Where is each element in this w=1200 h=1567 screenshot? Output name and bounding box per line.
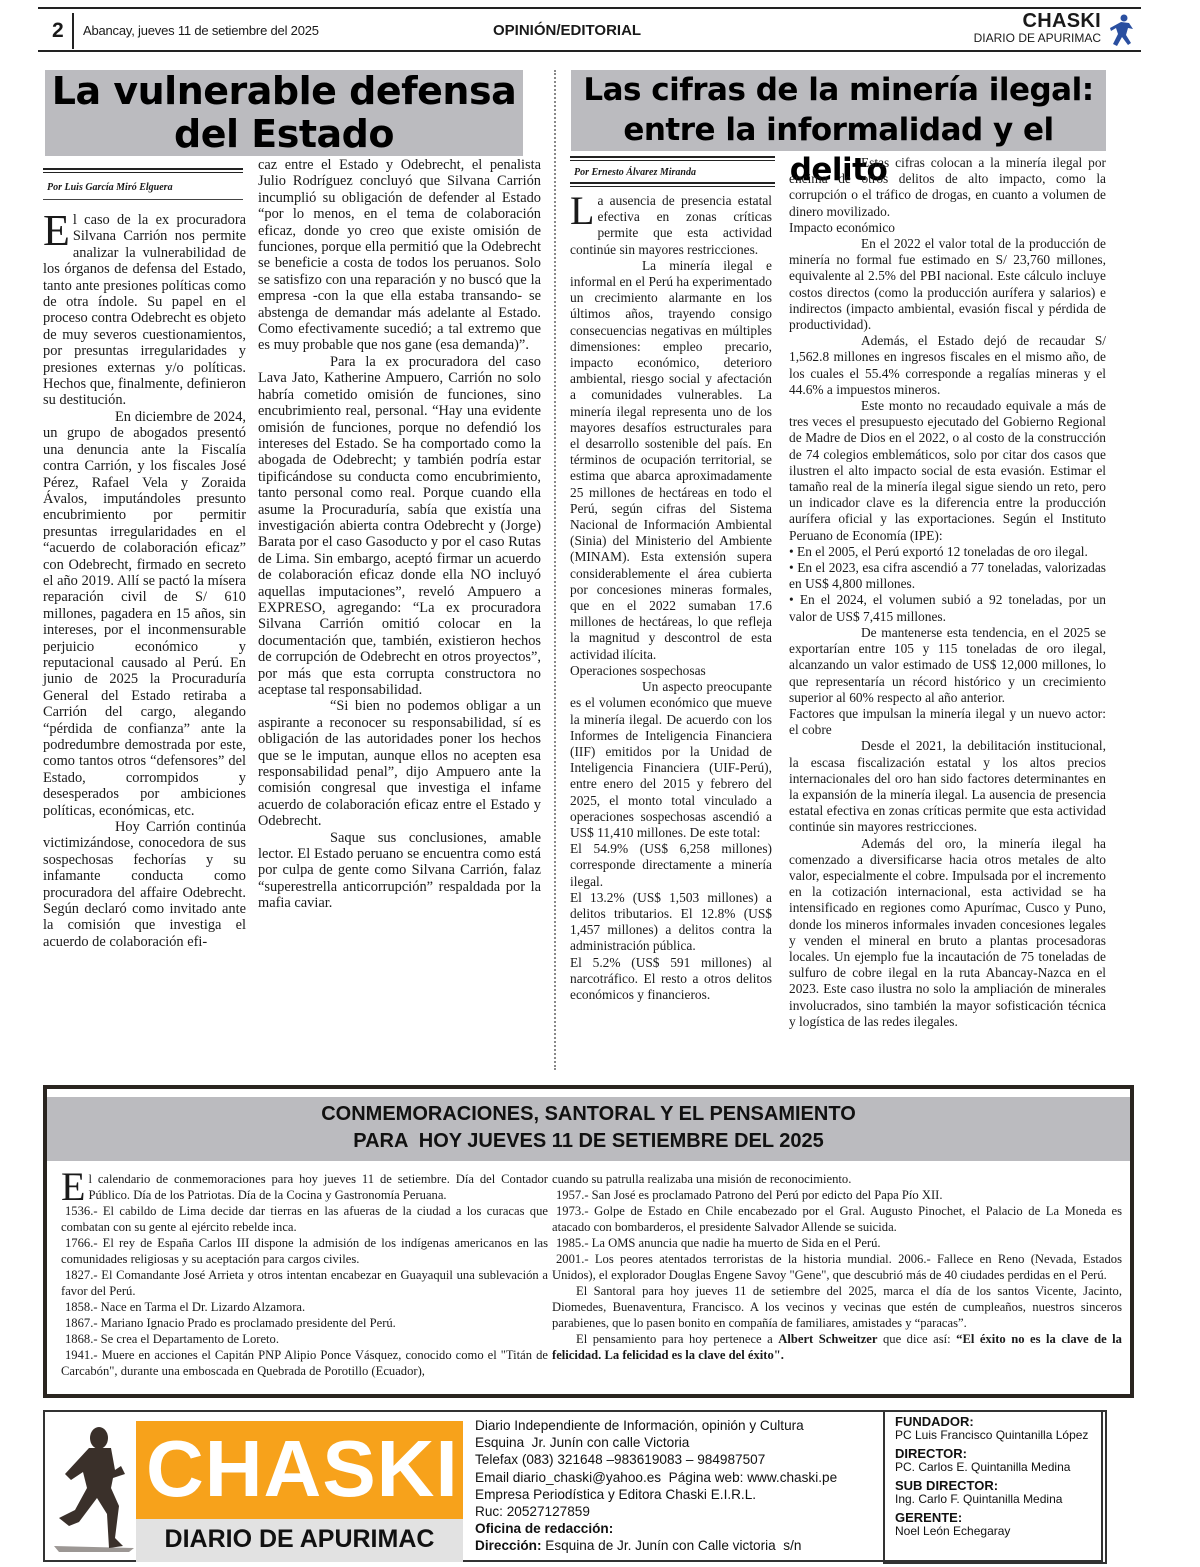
logo-text: CHASKI (146, 1423, 459, 1515)
event-item: 1827.- El Comandante José Arrieta y otro… (61, 1267, 548, 1299)
event-item: 1957.- San José es proclamado Patrono de… (552, 1187, 1122, 1203)
conmemoraciones-box: CONMEMORACIONES, SANTORAL Y EL PENSAMIEN… (43, 1085, 1134, 1398)
paragraph: Además del oro, la minería ilegal ha com… (789, 836, 1106, 1030)
info-line: Esquina Jr. Junín con calle Victoria (475, 1434, 837, 1451)
paragraph: El calendario de conmemoraciones para ho… (61, 1171, 548, 1203)
masthead: 2 Abancay, jueves 11 de setiembre del 20… (38, 7, 1141, 52)
staff-name: Ing. Carlo F. Quintanilla Medina (895, 1493, 1088, 1506)
logo-subtitle-bar: DIARIO DE APURIMAC (136, 1519, 463, 1562)
paragraph: El caso de la ex procuradora Silvana Car… (43, 212, 246, 409)
byline-rule (43, 199, 243, 200)
office-label: Oficina de redacción: (475, 1521, 613, 1536)
box-column: El calendario de conmemoraciones para ho… (61, 1171, 548, 1379)
subheading: Impacto económico (789, 220, 1106, 236)
paragraph: Este monto no recaudado equivale a más d… (789, 398, 1106, 544)
chaski-runner-illustration-icon (49, 1418, 139, 1558)
paragraph: cuando su patrulla realizaba una misión … (552, 1171, 1122, 1187)
event-item: 1858.- Nace en Tarma el Dr. Lizardo Alza… (61, 1299, 548, 1315)
info-line: Ruc: 20527127859 (475, 1503, 837, 1520)
logo-banner: CHASKI (136, 1421, 463, 1519)
headline-line: Las cifras de la minería ilegal: (583, 72, 1093, 108)
byline: Por Luis García Miró Elguera (47, 182, 173, 193)
address-line: Dirección: Esquina de Jr. Junín con Call… (475, 1537, 837, 1554)
staff-role: DIRECTOR: (895, 1448, 1088, 1461)
paragraph: Saque sus conclusiones, amable lector. E… (258, 830, 541, 912)
brand-name: CHASKI (974, 11, 1101, 31)
event-item: 1868.- Se crea el Departamento de Loreto… (61, 1331, 548, 1347)
santoral-paragraph: El Santoral para hoy jueves 11 de setiem… (552, 1283, 1122, 1331)
staff-role: FUNDADOR: (895, 1416, 1088, 1429)
paragraph: En diciembre de 2024, un grupo de abogad… (43, 409, 246, 819)
quote-author: Albert Schweitzer (778, 1332, 877, 1346)
box-column: cuando su patrulla realizaba una misión … (552, 1171, 1122, 1363)
event-item: 1536.- El cabildo de Lima decide dar tie… (61, 1203, 548, 1235)
headline-line: del Estado (174, 112, 394, 156)
staff-role: SUB DIRECTOR: (895, 1480, 1088, 1493)
info-line: Telefax (083) 321648 –983619083 – 984987… (475, 1451, 837, 1468)
staff-name: PC. Carlos E. Quintanilla Medina (895, 1461, 1088, 1474)
paragraph: caz entre el Estado y Odebrecht, el pena… (258, 157, 541, 354)
byline: Por Ernesto Álvarez Miranda (574, 167, 696, 178)
paragraph: El 13.2% (US$ 1,503 millones) a delitos … (570, 890, 772, 955)
event-item: 1985.- La OMS anuncia que nadie ha muert… (552, 1235, 1122, 1251)
event-item: 1867.- Mariano Ignacio Prado es proclama… (61, 1315, 548, 1331)
headline-line: La vulnerable defensa (52, 69, 516, 113)
list-item: En el 2005, el Perú exportó 12 toneladas… (789, 544, 1106, 560)
event-item: 2001.- Los peores atentados terroristas … (552, 1251, 1122, 1283)
info-line: Diario Independiente de Información, opi… (475, 1417, 837, 1434)
column-divider (554, 70, 556, 1070)
event-item: 1941.- Muere en acciones el Capitán PNP … (61, 1347, 548, 1379)
pensamiento-paragraph: El pensamiento para hoy pertenece a Albe… (552, 1331, 1122, 1363)
event-item: 1766.- El rey de España Carlos III dispo… (61, 1235, 548, 1267)
box-title: CONMEMORACIONES, SANTORAL Y EL PENSAMIEN… (47, 1097, 1130, 1161)
page-number: 2 (52, 19, 64, 43)
paragraph: Además, el Estado dejó de recaudar S/ 1,… (789, 333, 1106, 398)
address-label: Dirección: (475, 1538, 541, 1553)
info-line: Email diario_chaski@yahoo.es Página web:… (475, 1469, 837, 1486)
staff-role: GERENTE: (895, 1512, 1088, 1525)
article-column: El caso de la ex procuradora Silvana Car… (43, 212, 246, 950)
section-label: OPINIÓN/EDITORIAL (493, 22, 641, 39)
dateline: Abancay, jueves 11 de setiembre del 2025 (83, 23, 319, 38)
paragraph: El 54.9% (US$ 6,258 millones) correspond… (570, 841, 772, 890)
paragraph: En el 2022 el valor total de la producci… (789, 236, 1106, 333)
paragraph: Hoy Carrión continúa victimizándose, con… (43, 819, 246, 950)
article-column: Estas cifras colocan a la minería ilegal… (789, 155, 1106, 1030)
paragraph: De mantenerse esta tendencia, en el 2025… (789, 625, 1106, 706)
list-item: En el 2024, el volumen subió a 92 tonela… (789, 592, 1106, 624)
byline-rule (570, 182, 775, 187)
staff-box: FUNDADOR: PC Luis Francisco Quintanilla … (883, 1410, 1107, 1564)
list-item: En el 2023, esa cifra ascendió a 77 tone… (789, 560, 1106, 592)
headline-left: La vulnerable defensa del Estado (45, 70, 523, 156)
staff-name: PC Luis Francisco Quintanilla López (895, 1429, 1088, 1442)
headline-right: Las cifras de la minería ilegal: entre l… (571, 70, 1106, 151)
box-title-line: CONMEMORACIONES, SANTORAL Y EL PENSAMIEN… (321, 1103, 856, 1125)
article-column: caz entre el Estado y Odebrecht, el pena… (258, 157, 541, 912)
drop-cap: E (43, 213, 70, 249)
subheading: Factores que impulsan la minería ilegal … (789, 706, 1106, 738)
staff-list: FUNDADOR: PC Luis Francisco Quintanilla … (895, 1416, 1088, 1537)
staff-name: Noel León Echegaray (895, 1525, 1088, 1538)
paragraph: La minería ilegal e informal en el Perú … (570, 258, 772, 663)
divider (72, 13, 74, 49)
chaski-runner-icon (1107, 13, 1137, 49)
event-item: 1973.- Golpe de Estado en Chile encabeza… (552, 1203, 1122, 1235)
paragraph: Para la ex procuradora del caso Lava Jat… (258, 354, 541, 699)
info-line: Empresa Periodística y Editora Chaski E.… (475, 1486, 837, 1503)
article-column: La ausencia de presencia estatal efectiv… (570, 193, 772, 1003)
drop-cap: E (61, 1172, 85, 1202)
paragraph: “Si bien no podemos obligar a un aspiran… (258, 698, 541, 829)
paragraph: Estas cifras colocan a la minería ilegal… (789, 155, 1106, 220)
box-title-line: PARA HOY JUEVES 11 DE SETIEMBRE DEL 2025 (353, 1130, 824, 1152)
subheading: Operaciones sospechosas (570, 663, 772, 679)
paragraph: Un aspecto preocupante es el volumen eco… (570, 679, 772, 841)
brand-subtitle: DIARIO DE APURIMAC (974, 31, 1101, 45)
paragraph: El 5.2% (US$ 591 millones) al narcotráfi… (570, 955, 772, 1004)
byline-rule (570, 156, 775, 161)
logo-subtitle: DIARIO DE APURIMAC (136, 1525, 463, 1554)
drop-cap: L (570, 194, 594, 227)
contact-info: Diario Independiente de Información, opi… (475, 1417, 837, 1555)
paragraph: La ausencia de presencia estatal efectiv… (570, 193, 772, 258)
byline-rule (43, 168, 243, 173)
footer-colophon: CHASKI DIARIO DE APURIMAC Diario Indepen… (43, 1410, 1103, 1562)
brand-block: CHASKI DIARIO DE APURIMAC (974, 11, 1101, 45)
paragraph: Desde el 2021, la debilitación instituci… (789, 738, 1106, 835)
